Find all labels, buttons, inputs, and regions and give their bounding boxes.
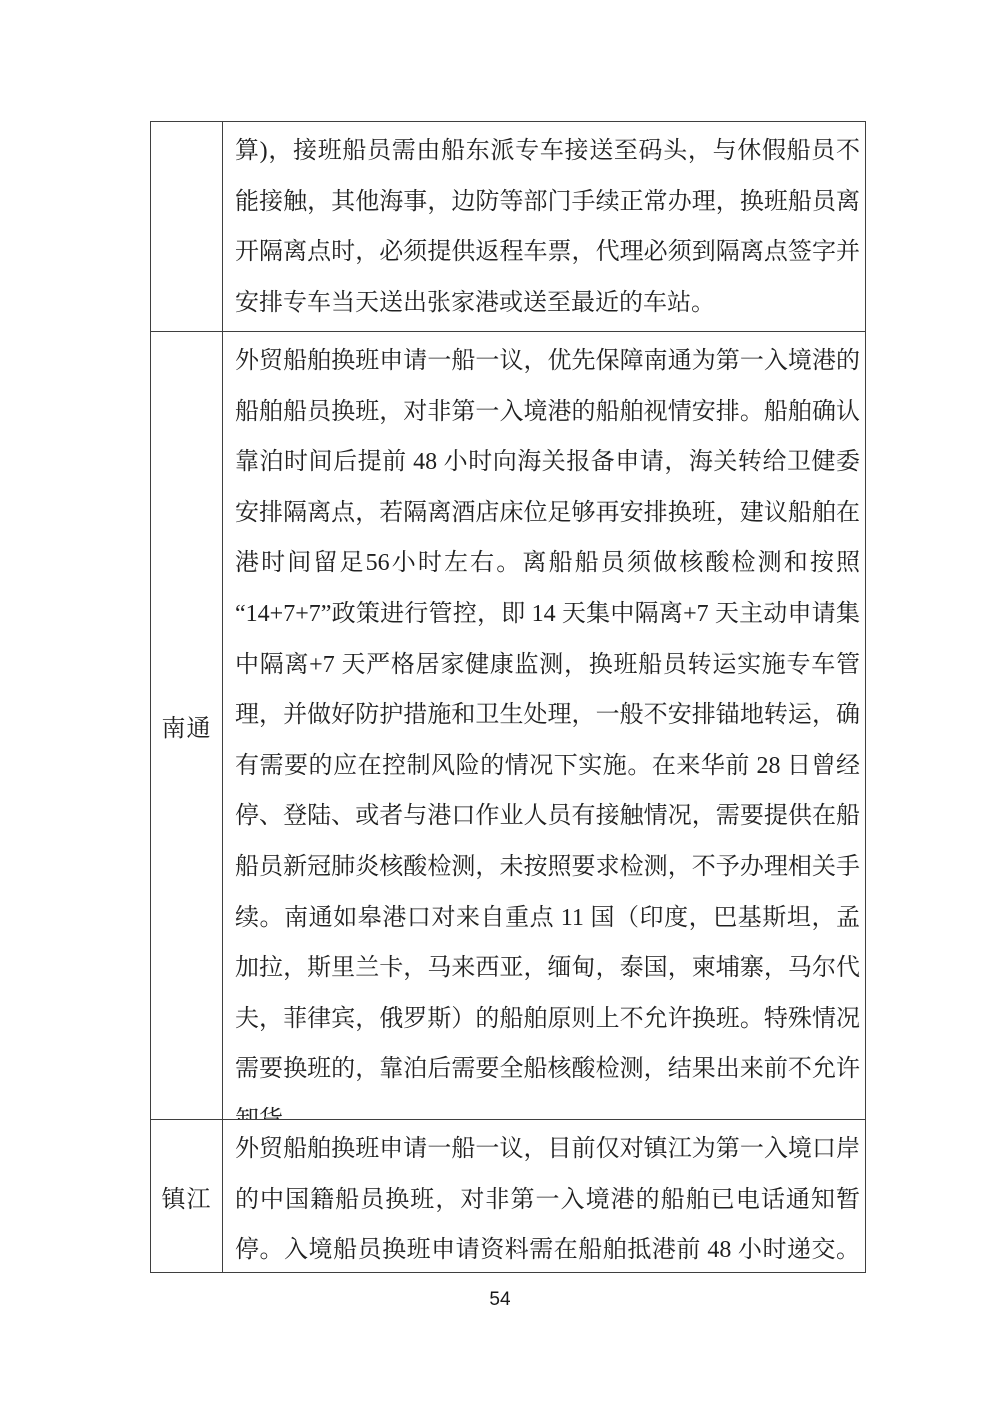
table-row-nantong: 南通 外贸船舶换班申请一船一议，优先保障南通为第一入境港的船舶船员换班，对非第一…: [151, 332, 865, 1120]
port-crew-change-table: 算)，接班船员需由船东派专车接送至码头，与休假船员不能接触，其他海事，边防等部门…: [150, 121, 866, 1273]
policy-text-cell: 算)，接班船员需由船东派专车接送至码头，与休假船员不能接触，其他海事，边防等部门…: [223, 122, 865, 331]
page-number: 54: [0, 1289, 1000, 1311]
policy-text-cell: 外贸船舶换班申请一船一议，优先保障南通为第一入境港的船舶船员换班，对非第一入境港…: [223, 332, 865, 1119]
table-row-continuation: 算)，接班船员需由船东派专车接送至码头，与休假船员不能接触，其他海事，边防等部门…: [151, 122, 865, 332]
table-row-zhenjiang: 镇江 外贸船舶换班申请一船一议，目前仅对镇江为第一入境口岸的中国籍船员换班，对非…: [151, 1120, 865, 1272]
document-page: 算)，接班船员需由船东派专车接送至码头，与休假船员不能接触，其他海事，边防等部门…: [0, 0, 1000, 1414]
policy-text-cell: 外贸船舶换班申请一船一议，目前仅对镇江为第一入境口岸的中国籍船员换班，对非第一入…: [223, 1120, 865, 1272]
port-name-cell: [151, 122, 223, 331]
port-name-cell: 镇江: [151, 1120, 223, 1272]
port-name-cell: 南通: [151, 332, 223, 1119]
